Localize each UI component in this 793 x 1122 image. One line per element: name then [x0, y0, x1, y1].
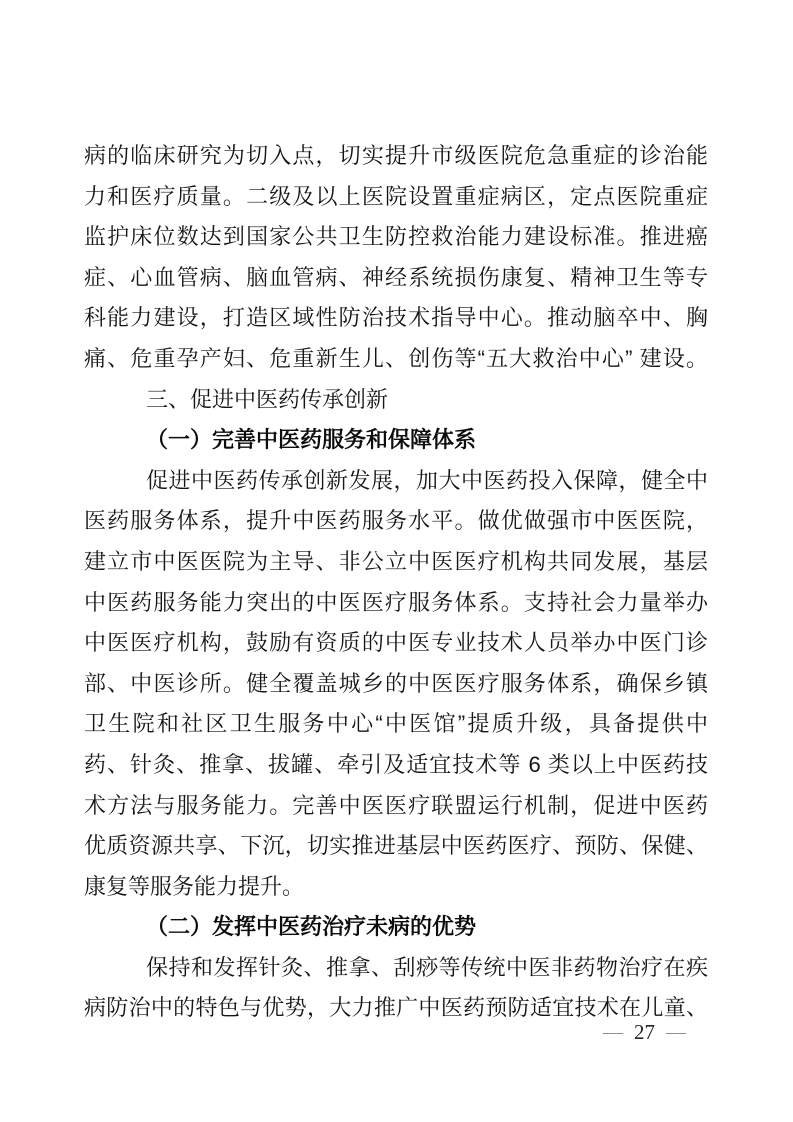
paragraph-line: 促进中医药传承创新发展，加大中医药投入保障，健全中 [84, 461, 708, 502]
footer-dash-right: — [666, 1021, 686, 1043]
subsection-1-heading: （一）完善中医药服务和保障体系 [84, 420, 708, 461]
paragraph-line: 术方法与服务能力。完善中医医疗联盟运行机制，促进中医药 [84, 786, 708, 827]
text-column: 病的临床研究为切入点，切实提升市级医院危急重症的诊治能 力和医疗质量。二级及以上… [84, 136, 708, 1029]
paragraph-line: 病的临床研究为切入点，切实提升市级医院危急重症的诊治能 [84, 136, 708, 177]
paragraph-line: 力和医疗质量。二级及以上医院设置重症病区，定点医院重症 [84, 177, 708, 218]
paragraph-line: 中医药服务能力突出的中医医疗服务体系。支持社会力量举办 [84, 583, 708, 624]
paragraph-line: 康复等服务能力提升。 [84, 867, 708, 908]
section-heading: 三、促进中医药传承创新 [84, 380, 708, 421]
page-footer: — 27 — [603, 1021, 686, 1043]
paragraph-line: 卫生院和社区卫生服务中心“中医馆”提质升级，具备提供中 [84, 704, 708, 745]
page-number: 27 [634, 1021, 655, 1043]
paragraph-line: 中医医疗机构，鼓励有资质的中医专业技术人员举办中医门诊 [84, 623, 708, 664]
paragraph-line: 症、心血管病、脑血管病、神经系统损伤康复、精神卫生等专 [84, 258, 708, 299]
paragraph-line: 科能力建设，打造区域性防治技术指导中心。推动脑卒中、胸 [84, 298, 708, 339]
paragraph-line: 保持和发挥针灸、推拿、刮痧等传统中医非药物治疗在疾 [84, 948, 708, 989]
paragraph-line: 监护床位数达到国家公共卫生防控救治能力建设标准。推进癌 [84, 217, 708, 258]
paragraph-line: 建立市中医医院为主导、非公立中医医疗机构共同发展，基层 [84, 542, 708, 583]
paragraph-line: 医药服务体系，提升中医药服务水平。做优做强市中医医院， [84, 501, 708, 542]
paragraph-line: 药、针灸、推拿、拔罐、牵引及适宜技术等 6 类以上中医药技 [84, 745, 708, 786]
paragraph-line: 优质资源共享、下沉，切实推进基层中医药医疗、预防、保健、 [84, 826, 708, 867]
paragraph-line: 部、中医诊所。健全覆盖城乡的中医医疗服务体系，确保乡镇 [84, 664, 708, 705]
document-page: 病的临床研究为切入点，切实提升市级医院危急重症的诊治能 力和医疗质量。二级及以上… [0, 0, 793, 1122]
footer-dash-left: — [603, 1021, 623, 1043]
paragraph-line: 痛、危重孕产妇、危重新生儿、创伤等“五大救治中心” 建设。 [84, 339, 708, 380]
subsection-2-heading: （二）发挥中医药治疗未病的优势 [84, 907, 708, 948]
